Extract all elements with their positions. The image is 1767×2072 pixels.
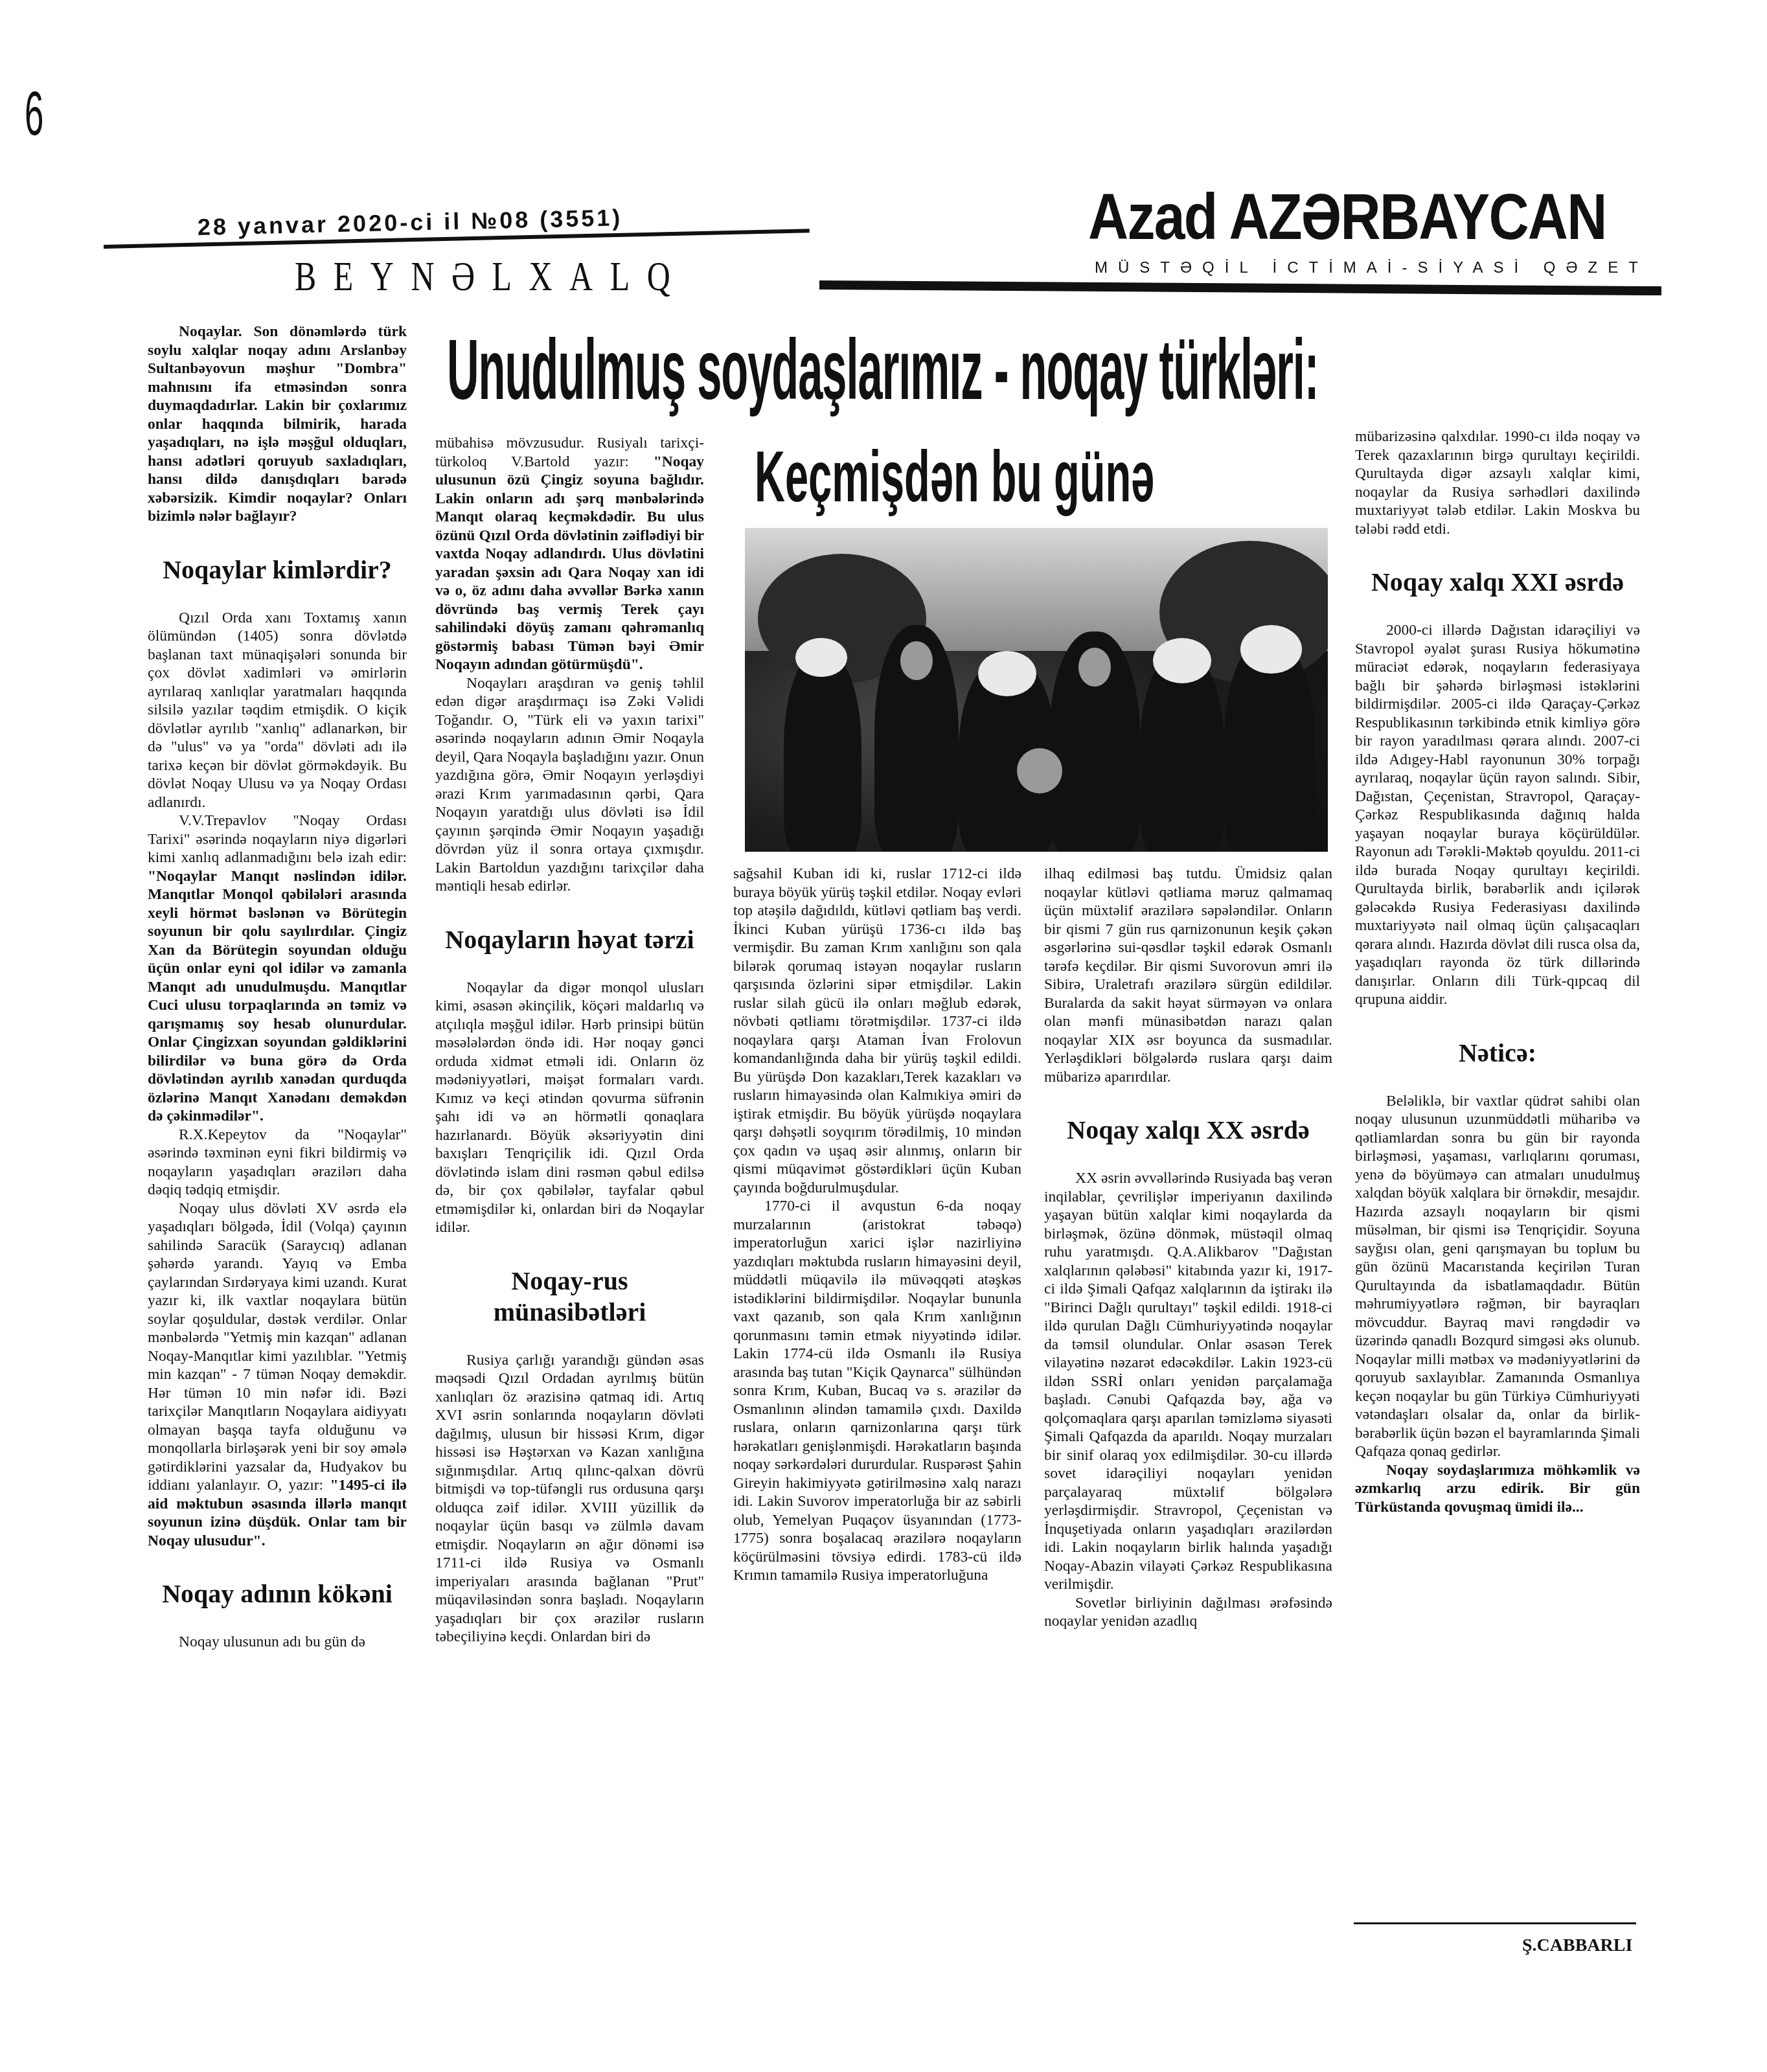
photo-face [1017,748,1062,793]
paragraph-text: Noqay ulus dövləti XV əsrdə elə yaşadıql… [148,1200,407,1494]
paragraph: Rusiya çarlığı yarandığı gündən əsas məq… [435,1351,704,1646]
author-signature: Ş.CABBARLI [1522,1935,1632,1956]
masthead-subtitle: MÜSTƏQİL İCTİMAİ-SİYASİ QƏZET [1095,259,1648,277]
photo-fur-hat [1153,638,1211,683]
photo-face [1078,648,1111,687]
section-rule [819,280,1661,295]
paragraph: Noqaylar da digər monqol ulusları kimi, … [435,979,704,1237]
paragraph: Noqay ulus dövləti XV əsrdə elə yaşadıql… [148,1200,407,1551]
photo-fur-hat [795,638,847,677]
article-column-2: mübahisə mövzusudur. Rusiyalı tarixçi-tü… [435,434,704,1646]
article-lead: Noqaylar. Son dönəmlərdə türk soylu xalq… [148,323,407,526]
headline-line-1: Unudulmuş soydaşlarımız - noqay türkləri… [447,327,1319,413]
subheading-name-origin: Noqay adının kökəni [148,1578,407,1610]
paragraph: Qızıl Orda xanı Toxtamış xanın ölümündən… [148,609,407,812]
article-column-4: ilhaq edilməsi baş tutdu. Ümidsiz qalan … [1044,865,1332,1631]
article-column-3: sağsahil Kuban idi ki, ruslar 1712-ci il… [733,865,1021,1585]
subheading-20th-century: Noqay xalqı XX əsrdə [1044,1115,1332,1146]
paragraph: Noqayları araşdıran və geniş təhlil edən… [435,674,704,896]
quote-bold: "Noqay ulusunun özü Çingiz soyuna bağlıd… [435,453,704,674]
section-name: BEYNƏLXALQ [295,256,687,297]
headline-line-2: Keçmişdən bu günə [755,440,1154,513]
masthead-title: Azad AZƏRBAYCAN [1088,185,1606,249]
paragraph: 1770-ci il avqustun 6-da noqay murzaları… [733,1197,1021,1585]
article-column-5: mübarizəsinə qalxdılar. 1990-cı ildə noq… [1355,427,1640,1516]
quote-bold: "Noqaylar Manqıt nəslindən idilər. Manqı… [148,868,407,1125]
signature-rule [1354,1922,1636,1924]
paragraph: 2000-ci illərdə Dağıstan idarəçiliyi və … [1355,621,1640,1009]
subheading-who-are-nogais: Noqaylar kimlərdir? [148,554,407,586]
article-photo [745,528,1328,852]
paragraph: V.V.Trepavlov "Noqay Ordası Tarixi" əsər… [148,812,407,1126]
page-number: 6 [25,83,43,145]
photo-face [900,641,933,680]
paragraph: Beləliklə, bir vaxtlar qüdrət sahibi ola… [1355,1092,1640,1461]
paragraph: mübarizəsinə qalxdılar. 1990-cı ildə noq… [1355,427,1640,538]
paragraph: mübahisə mövzusudur. Rusiyalı tarixçi-tü… [435,434,704,674]
paragraph: Sovetlər birliyinin dağılması ərəfəsində… [1044,1594,1332,1631]
paragraph: sağsahil Kuban idi ki, ruslar 1712-ci il… [733,865,1021,1197]
paragraph-text: V.V.Trepavlov "Noqay Ordası Tarixi" əsər… [148,812,407,866]
subheading-nogai-russian-relations: Noqay-rus münasibətləri [435,1266,704,1328]
subheading-conclusion: Nəticə: [1355,1038,1640,1069]
photo-fur-hat [978,651,1036,696]
paragraph: R.X.Kepeytov da "Noqaylar" əsərində təxm… [148,1126,407,1200]
paragraph: Noqay ulusunun adı bu gün də [148,1633,407,1652]
subheading-lifestyle: Noqayların həyat tərzi [435,924,704,955]
article-column-1: Noqaylar. Son dönəmlərdə türk soylu xalq… [148,323,407,1652]
paragraph: ilhaq edilməsi baş tutdu. Ümidsiz qalan … [1044,865,1332,1086]
subheading-21st-century: Noqay xalqı XXI əsrdə [1355,567,1640,598]
closing-wish-bold: Noqay soydaşlarımıza möhkəmlik və əzmkar… [1355,1461,1640,1517]
paragraph: XX əsrin əvvəllərində Rusiyada baş verən… [1044,1169,1332,1594]
photo-person [784,651,861,852]
photo-fur-hat [1240,625,1302,674]
